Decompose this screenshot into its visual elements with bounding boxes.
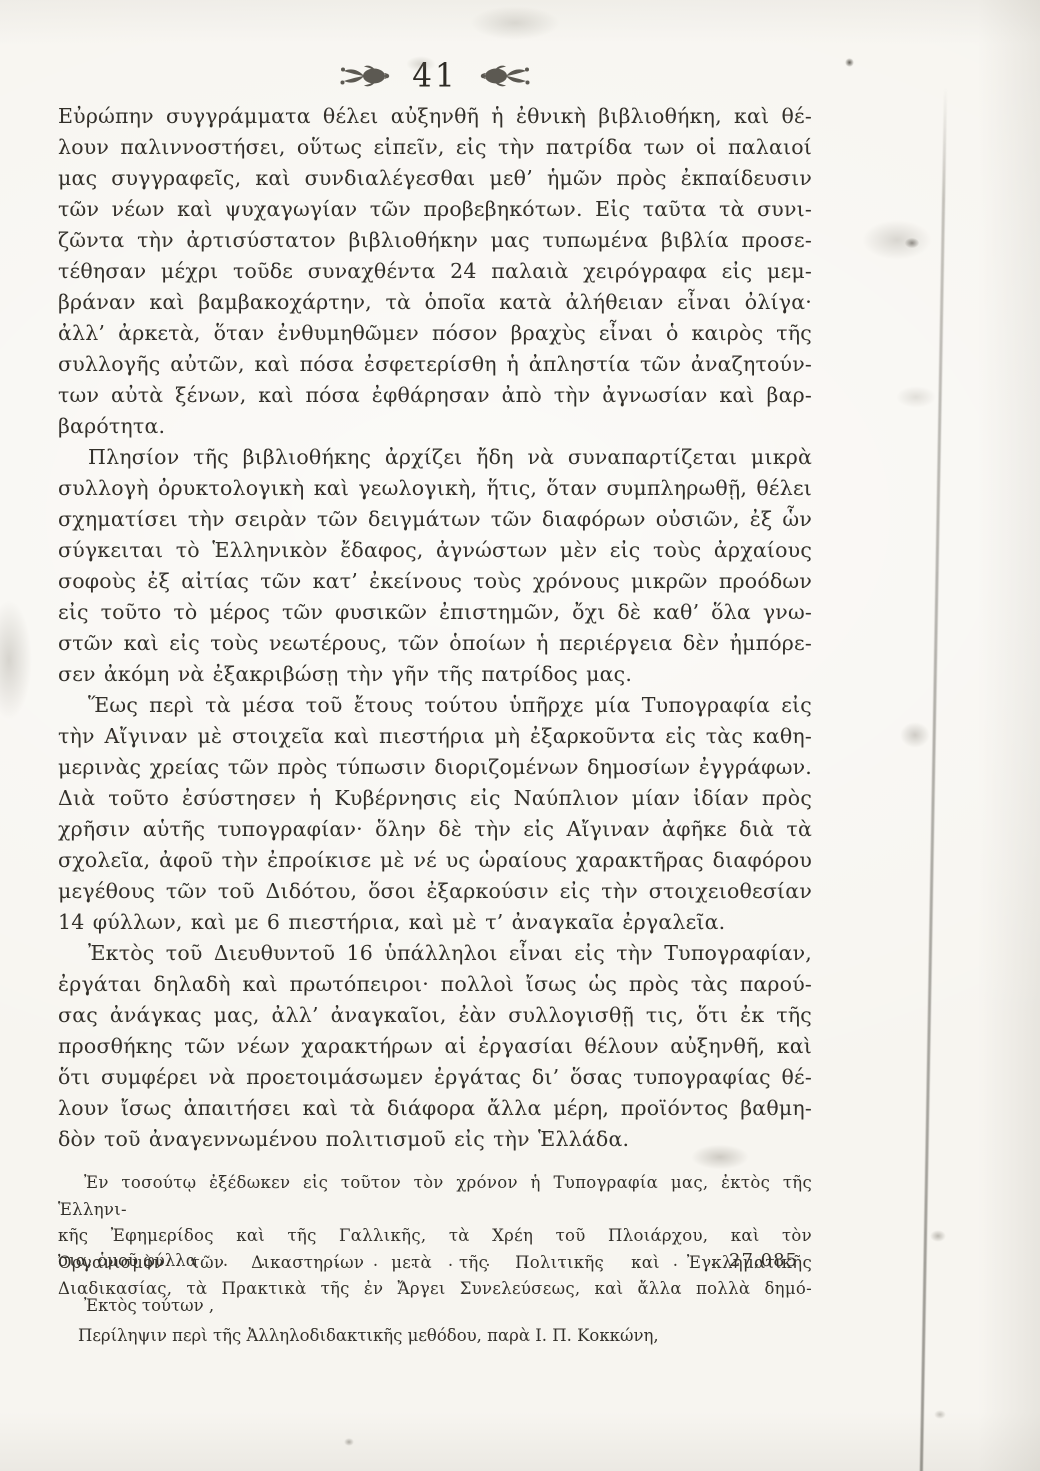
text-line: σύγκειται τὸ Ἑλληνικὸν ἔδαφος, ἀγνώστων … — [58, 535, 812, 566]
paragraph-3: Ἕως περὶ τὰ μέσα τοῦ ἔτους τούτου ὑπῆρχε… — [58, 690, 812, 938]
footnote-leader-text: σια, ὁμοῦ φύλλα — [58, 1248, 197, 1275]
footnote-extra-line-2: Περίληψιν περὶ τῆς Ἀλληλοδιδακτικῆς μεθό… — [78, 1326, 659, 1345]
text-line: τὴν Αἴγιναν μὲ στοιχεῖα καὶ πιεστήρια μὴ… — [58, 721, 812, 752]
paper-smudge — [896, 386, 936, 408]
text-line: των αὐτὰ ξένων, καὶ πόσα ἐφθάρησαν ἀπὸ τ… — [58, 380, 812, 411]
paragraph-4: Ἐκτὸς τοῦ Διευθυντοῦ 16 ὑπάλληλοι εἶναι … — [58, 938, 812, 1155]
text-line: σχολεῖα, ἀφοῦ τὴν ἐπροίκισε μὲ νέ υς ὡρα… — [58, 845, 812, 876]
paper-smudge — [0, 600, 32, 720]
text-line: τῶν νέων καὶ ψυχαγωγίαν τῶν προβεβηκότων… — [58, 194, 812, 225]
text-line: μεγέθους τῶν τοῦ Διδότου, ὅσοι ἐξαρκούσι… — [58, 876, 812, 907]
text-line: στῶν καὶ εἰς τοὺς νεωτέρους, τῶν ὁποίων … — [58, 628, 812, 659]
text-line: σεν ἀκόμη νὰ ἐξακριβώσῃ τὴν γῆν τῆς πατρ… — [58, 659, 812, 690]
text-line: βράναν καὶ βαμβακοχάρτην, τὰ ὁποῖα κατὰ … — [58, 287, 812, 318]
text-line: Εὐρώπην συγγράμματα θέλει αὐξηνθῆ ἡ ἐθνι… — [58, 101, 812, 132]
ink-stain — [905, 238, 919, 248]
footnote-extra-line-1: Ἐκτὸς τούτων , — [84, 1296, 214, 1315]
text-line: σοφοὺς ἐξ αἰτίας τῶν κατ’ ἐκείνους τοὺς … — [58, 566, 812, 597]
text-line: συλλογῆς αὐτῶν, καὶ πόσα ἐσφετερίσθη ἡ ἀ… — [58, 349, 812, 380]
paper-smudge — [900, 722, 930, 748]
text-line: ἐργάται δηλαδὴ καὶ πρωτόπειροι· πολλοὶ ἴ… — [58, 969, 812, 1000]
ink-stain — [845, 58, 854, 67]
text-line: Ἐκτὸς τοῦ Διευθυντοῦ 16 ὑπάλληλοι εἶναι … — [58, 938, 812, 969]
text-line: ζῶντα τὴν ἀρτισύστατον βιβλιοθήκην μας τ… — [58, 225, 812, 256]
footnote-total-sheets: 27,085 — [729, 1248, 798, 1275]
ink-stain — [934, 1410, 946, 1419]
page-crease-line — [920, 88, 947, 1471]
text-line: δὸν τοῦ ἀναγεννωμένου πολιτισμοῦ εἰς τὴν… — [58, 1124, 812, 1155]
scanned-book-page: 41 Εὐρώπην συγγράμματα θέλει αὐξηνθῆ ἡ ἐ… — [0, 0, 1040, 1471]
ink-stain — [930, 1230, 946, 1242]
footnote-paragraph: Ἐν τοσούτῳ ἐξέδωκεν εἰς τοῦτον τὸν χρόνο… — [58, 1170, 812, 1303]
footnote-leader-row: σια, ὁμοῦ φύλλα . . . . . . . . . . . . … — [58, 1248, 798, 1275]
text-line: βαρότητα. — [58, 411, 812, 442]
paper-smudge — [470, 6, 560, 40]
text-line: λουν ἴσως ἀπαιτήσει καὶ τὰ διάφορα ἄλλα … — [58, 1093, 812, 1124]
paragraph-2: Πλησίον τῆς βιβλιοθήκης ἀρχίζει ἤδη νὰ σ… — [58, 442, 812, 690]
page-number: 41 — [412, 57, 457, 95]
text-line: Διὰ τοῦτο ἐσύστησεν ἡ Κυβέρνησις εἰς Ναύ… — [58, 783, 812, 814]
page-header: 41 — [58, 54, 812, 98]
text-line: ὅτι συμφέρει νὰ προετοιμάσωμεν ἐργάτας δ… — [58, 1062, 812, 1093]
text-line: ἀλλ’ ἀρκετὰ, ὅταν ἐνθυμηθῶμεν πόσον βραχ… — [58, 318, 812, 349]
text-line: Ἕως περὶ τὰ μέσα τοῦ ἔτους τούτου ὑπῆρχε… — [58, 690, 812, 721]
text-line: 14 φύλλων, καὶ με 6 πιεστήρια, καὶ μὲ τ’… — [58, 907, 812, 938]
main-text-block: Εὐρώπην συγγράμματα θέλει αὐξηνθῆ ἡ ἐθνι… — [58, 101, 812, 1155]
text-line: εἰς τοῦτο τὸ μέρος τῶν φυσικῶν ἐπιστημῶν… — [58, 597, 812, 628]
leader-dots: . . . . . . . . . . . . . . . . — [197, 1248, 729, 1275]
text-line: προσθήκης τῶν νέων χαρακτήρων αἱ ἐργασία… — [58, 1031, 812, 1062]
text-line: σχηματίσει τὴν σειρὰν τῶν δειγμάτων τῶν … — [58, 504, 812, 535]
text-line: μερινὰς χρείας τῶν πρὸς τύπωσιν διοριζομ… — [58, 752, 812, 783]
text-line: κῆς Ἐφημερίδος καὶ τῆς Γαλλικῆς, τὰ Χρέη… — [58, 1223, 812, 1250]
text-line: μας συγγραφεῖς, καὶ συνδιαλέγεσθαι μεθ’ … — [58, 163, 812, 194]
text-line: Πλησίον τῆς βιβλιοθήκης ἀρχίζει ἤδη νὰ σ… — [58, 442, 812, 473]
ink-stain — [344, 1438, 354, 1446]
text-line: σας ἀνάγκας μας, ἀλλ’ ἀναγκαῖοι, ἐὰν συλ… — [58, 1000, 812, 1031]
text-line: συλλογὴ ὀρυκτολογικὴ καὶ γεωλογικὴ, ἥτις… — [58, 473, 812, 504]
text-line: λουν παλιννοστήσει, οὕτως εἰπεῖν, εἰς τὴ… — [58, 132, 812, 163]
text-line: τέθησαν μέχρι τοῦδε συναχθέντα 24 παλαιὰ… — [58, 256, 812, 287]
text-line: Ἐν τοσούτῳ ἐξέδωκεν εἰς τοῦτον τὸν χρόνο… — [58, 1170, 812, 1223]
fleuron-icon — [340, 64, 392, 88]
paragraph-1: Εὐρώπην συγγράμματα θέλει αὐξηνθῆ ἡ ἐθνι… — [58, 101, 812, 442]
paper-smudge — [862, 220, 932, 260]
fleuron-icon — [478, 64, 530, 88]
text-line: χρῆσιν αὑτῆς τυπογραφίαν· ὅλην δὲ τὴν εἰ… — [58, 814, 812, 845]
